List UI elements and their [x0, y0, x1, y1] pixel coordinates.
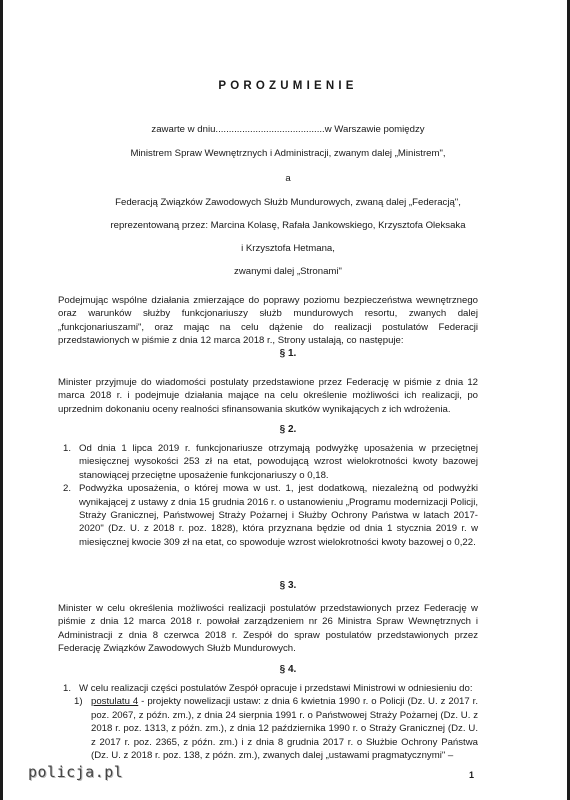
section-3-heading: § 3. [3, 580, 570, 591]
section-4-body: 1. W celu realizacji części postulatów Z… [58, 682, 478, 762]
section-4-subitem: 1)postulatu 4 - projekty nowelizacji ust… [58, 695, 478, 762]
header-line-date: zawarte w dniu..........................… [3, 124, 570, 135]
section-2-item: 2. Podwyżka uposażenia, o której mowa w … [58, 482, 478, 549]
header-line-representatives-cont: i Krzysztofa Hetmana, [3, 243, 570, 254]
document-page: POROZUMIENIE zawarte w dniu.............… [0, 0, 570, 800]
section-3-text: Minister w celu określenia możliwości re… [58, 602, 478, 656]
section-2-item: 1. Od dnia 1 lipca 2019 r. funkcjonarius… [58, 442, 478, 482]
section-2-body: 1. Od dnia 1 lipca 2019 r. funkcjonarius… [58, 442, 478, 549]
item-number: 1. [63, 442, 71, 455]
section-2-heading: § 2. [3, 424, 570, 435]
item-number: 2. [63, 482, 71, 495]
header-line-parties: zwanymi dalej „Stronami" [3, 266, 570, 277]
header-line-minister: Ministrem Spraw Wewnętrznych i Administr… [3, 148, 570, 159]
document-title: POROZUMIENIE [3, 80, 570, 92]
header-line-and: a [3, 173, 570, 184]
preamble-text: Podejmując wspólne działania zmierzające… [58, 294, 478, 348]
subitem-number: 1) [74, 695, 83, 708]
section-1-heading: § 1. [3, 348, 570, 359]
section-3-body: Minister w celu określenia możliwości re… [58, 602, 478, 656]
subitem-underlined-label: postulatu 4 [91, 696, 138, 707]
section-1-text: Minister przyjmuje do wiadomości postula… [58, 376, 478, 416]
section-4-heading: § 4. [3, 664, 570, 675]
item-text: Od dnia 1 lipca 2019 r. funkcjonariusze … [79, 443, 478, 481]
preamble: Podejmując wspólne działania zmierzające… [58, 294, 478, 348]
subitem-text: - projekty nowelizacji ustaw: z dnia 6 k… [91, 696, 478, 761]
item-text: Podwyżka uposażenia, o której mowa w ust… [79, 483, 478, 548]
item-text: W celu realizacji części postulatów Zesp… [79, 683, 473, 694]
item-number: 1. [63, 682, 71, 695]
page-number: 1 [469, 770, 474, 780]
section-4-item: 1. W celu realizacji części postulatów Z… [58, 682, 478, 695]
section-1-body: Minister przyjmuje do wiadomości postula… [58, 376, 478, 416]
header-line-representatives: reprezentowaną przez: Marcina Kolasę, Ra… [3, 220, 570, 231]
header-line-federation: Federacją Związków Zawodowych Służb Mund… [3, 197, 570, 208]
watermark-logo: policja.pl [28, 763, 123, 781]
